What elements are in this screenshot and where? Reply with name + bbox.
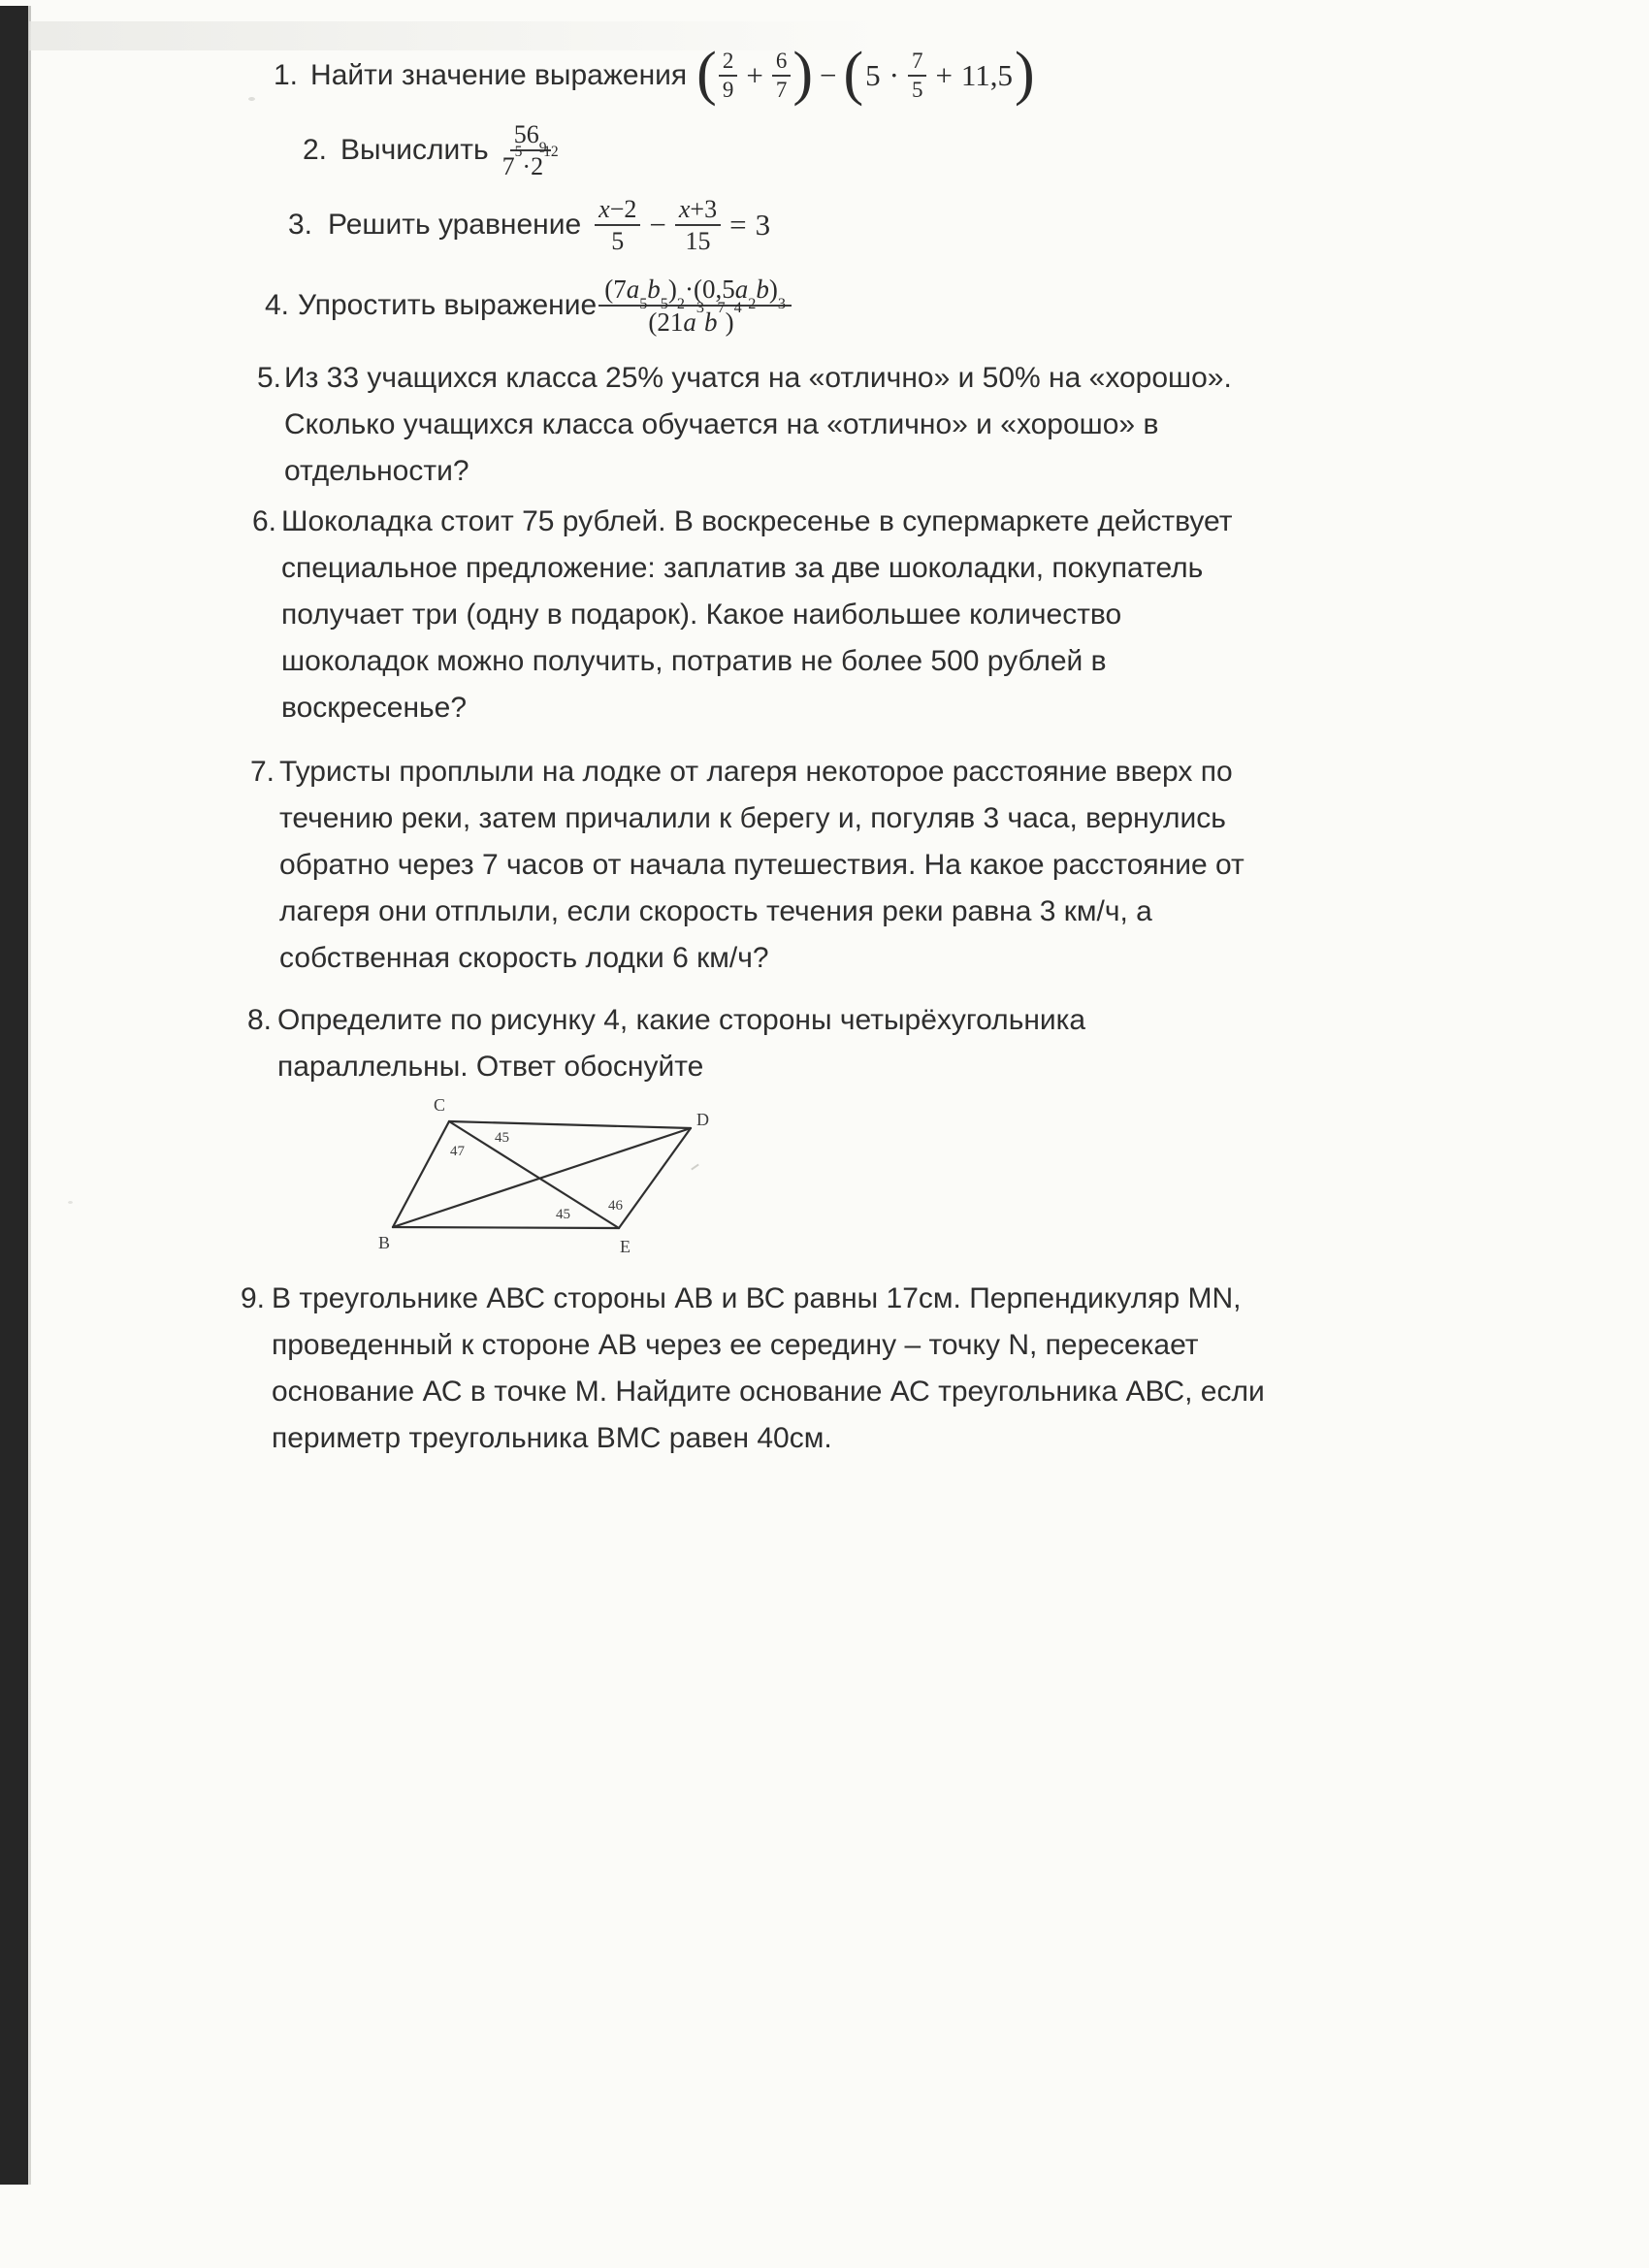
scan-speck — [248, 97, 255, 101]
operator: − — [649, 208, 665, 243]
problem-9-line: периметр треугольника ВМС равен 40см. — [272, 1415, 1265, 1462]
paren: ) — [668, 275, 677, 304]
problem-5-line: отдельности? — [284, 448, 1232, 495]
vertex-label-C: C — [434, 1095, 445, 1115]
problem-6-line: воскресенье? — [281, 685, 1232, 731]
fraction-numerator: x+3 — [675, 195, 721, 226]
paren: ) — [726, 308, 734, 337]
number: 3 — [756, 208, 771, 243]
problem-4-text: Упростить выражение — [298, 282, 597, 329]
variable: b — [704, 308, 718, 337]
problem-2-text: Вычислить — [340, 127, 489, 174]
problem-7-number: 7. — [250, 749, 275, 795]
fraction-numerator: 2 — [719, 49, 738, 77]
vertex-label-D: D — [696, 1110, 709, 1129]
fraction-denominator: 9 — [721, 77, 736, 103]
problem-1-number: 1. — [274, 52, 298, 99]
fraction-numerator: 6 — [772, 49, 792, 77]
problem-1: 1. Найти значение выражения ( 2 9 + 6 7 … — [274, 35, 1035, 116]
paren: ) — [792, 49, 813, 100]
problem-2: 2. Вычислить 569 75·212 — [303, 111, 563, 190]
fraction-numerator: x−2 — [595, 195, 640, 226]
variable: a — [683, 308, 696, 337]
problem-7-line: Туристы проплыли на лодке от лагеря неко… — [279, 749, 1245, 795]
fraction: (7a5b5)2·(0,5a2b)3 (21a3b7)4 — [598, 275, 792, 337]
figure-edges — [393, 1121, 691, 1228]
problem-7-line: обратно через 7 часов от начала путешест… — [279, 842, 1245, 889]
problem-9: 9. В треугольнике АВС стороны АВ и ВС ра… — [241, 1276, 1265, 1462]
problem-3-number: 3. — [288, 202, 312, 248]
problem-1-formula: ( 2 9 + 6 7 ) − ( 5 · 7 5 + 11,5 ) — [696, 49, 1035, 103]
scan-edge-shadow — [28, 6, 31, 2185]
operator: + — [935, 58, 952, 93]
problem-6-number: 6. — [252, 499, 276, 545]
problem-9-line: проведенный к стороне АВ через ее середи… — [272, 1322, 1265, 1369]
operator: − — [820, 58, 836, 93]
fraction-numerator: (7a5b5)2·(0,5a2b)3 — [598, 275, 792, 307]
problem-6: 6. Шоколадка стоит 75 рублей. В воскресе… — [252, 499, 1232, 731]
number: 5 — [865, 58, 881, 93]
problem-8-line: параллельны. Ответ обоснуйте — [277, 1044, 1085, 1090]
problem-7-line: собственная скорость лодки 6 км/ч? — [279, 935, 1245, 982]
problem-3: 3. Решить уравнение x−2 5 − x+3 15 = 3 — [288, 188, 772, 262]
variable: a — [627, 275, 640, 304]
fraction-denominator: 5 — [910, 77, 925, 103]
problem-9-line: В треугольнике АВС стороны АВ и ВС равны… — [272, 1276, 1265, 1322]
problem-7-line: течению реки, затем причалили к берегу и… — [279, 795, 1245, 842]
figure-quadrilateral: C D B E 47 45 45 46 — [349, 1091, 737, 1280]
fraction: 569 75·212 — [501, 120, 561, 180]
problem-7-line: лагеря они отплыли, если скорость течени… — [279, 889, 1245, 935]
problem-3-text: Решить уравнение — [328, 202, 581, 248]
problem-5-line: Из 33 учащихся класса 25% учатся на «отл… — [284, 355, 1232, 402]
problem-4-formula: (7a5b5)2·(0,5a2b)3 (21a3b7)4 — [597, 275, 793, 337]
paren: ( — [843, 49, 863, 100]
edge-DE — [619, 1128, 691, 1228]
problem-4-number: 4. — [265, 282, 289, 329]
problem-8-number: 8. — [247, 997, 272, 1044]
diagonal-CE — [449, 1121, 619, 1228]
scan-edge-strip — [0, 6, 28, 2185]
problem-8: 8. Определите по рисунку 4, какие сторон… — [247, 997, 1085, 1090]
problem-5: 5. Из 33 учащихся класса 25% учатся на «… — [257, 355, 1232, 495]
problem-8-line: Определите по рисунку 4, какие стороны ч… — [277, 997, 1085, 1044]
angle-label-45-top: 45 — [495, 1130, 509, 1146]
paren: ) — [769, 275, 778, 304]
fraction: x−2 5 — [595, 195, 640, 255]
problem-9-line: основание АС в точке М. Найдите основани… — [272, 1369, 1265, 1415]
edge-CD — [449, 1121, 691, 1128]
number: 21 — [657, 308, 683, 337]
fraction-denominator: 7 — [774, 77, 790, 103]
number: 2 — [531, 152, 543, 180]
problem-7: 7. Туристы проплыли на лодке от лагеря н… — [250, 749, 1245, 982]
variable: x — [679, 195, 691, 223]
fraction: x+3 15 — [675, 195, 721, 255]
variable: b — [756, 275, 769, 304]
angle-label-46: 46 — [608, 1198, 624, 1214]
variable: x — [598, 195, 610, 223]
variable: b — [647, 275, 661, 304]
number: +3 — [690, 195, 717, 223]
problem-6-line: специальное предложение: заплатив за две… — [281, 545, 1232, 592]
number: −2 — [610, 195, 637, 223]
operator: · — [889, 58, 899, 93]
fraction-denominator: 5 — [609, 226, 626, 255]
vertex-label-E: E — [620, 1237, 630, 1256]
problem-2-formula: 569 75·212 — [499, 120, 563, 180]
paren: ) — [1015, 49, 1035, 100]
scanned-worksheet-page: 1. Найти значение выражения ( 2 9 + 6 7 … — [0, 0, 1649, 2268]
edge-BE — [393, 1227, 619, 1228]
operator: · — [685, 275, 694, 304]
vertex-label-B: B — [378, 1233, 390, 1252]
problem-6-line: шоколадок можно получить, потратив не бо… — [281, 638, 1232, 685]
fraction: 7 5 — [908, 49, 927, 103]
fraction-numerator: 7 — [908, 49, 927, 77]
problem-2-number: 2. — [303, 127, 327, 174]
operator: = — [729, 208, 746, 243]
problem-6-line: получает три (одну в подарок). Какое наи… — [281, 592, 1232, 638]
problem-1-text: Найти значение выражения — [310, 52, 687, 99]
number: 11,5 — [961, 58, 1013, 93]
fraction-denominator: (21a3b7)4 — [642, 307, 747, 337]
fraction-denominator: 15 — [683, 226, 712, 255]
paren: ( — [696, 49, 717, 100]
fraction: 2 9 — [719, 49, 738, 103]
problem-9-number: 9. — [241, 1276, 265, 1322]
problem-5-number: 5. — [257, 355, 281, 402]
paren: ( — [604, 275, 613, 304]
operator: · — [522, 152, 531, 180]
problem-6-line: Шоколадка стоит 75 рублей. В воскресенье… — [281, 499, 1232, 545]
paren: ( — [648, 308, 657, 337]
problem-5-line: Сколько учащихся класса обучается на «от… — [284, 402, 1232, 448]
angle-label-47: 47 — [450, 1144, 466, 1159]
number: 7 — [502, 152, 515, 180]
fraction-denominator: 75·212 — [501, 151, 561, 180]
number: 7 — [613, 275, 627, 304]
scan-speck — [68, 1201, 73, 1204]
problem-3-formula: x−2 5 − x+3 15 = 3 — [593, 195, 772, 255]
fraction: 6 7 — [772, 49, 792, 103]
problem-4: 4. Упростить выражение (7a5b5)2·(0,5a2b)… — [265, 264, 793, 347]
operator: + — [746, 58, 762, 93]
angle-label-45-bottom: 45 — [556, 1207, 570, 1222]
